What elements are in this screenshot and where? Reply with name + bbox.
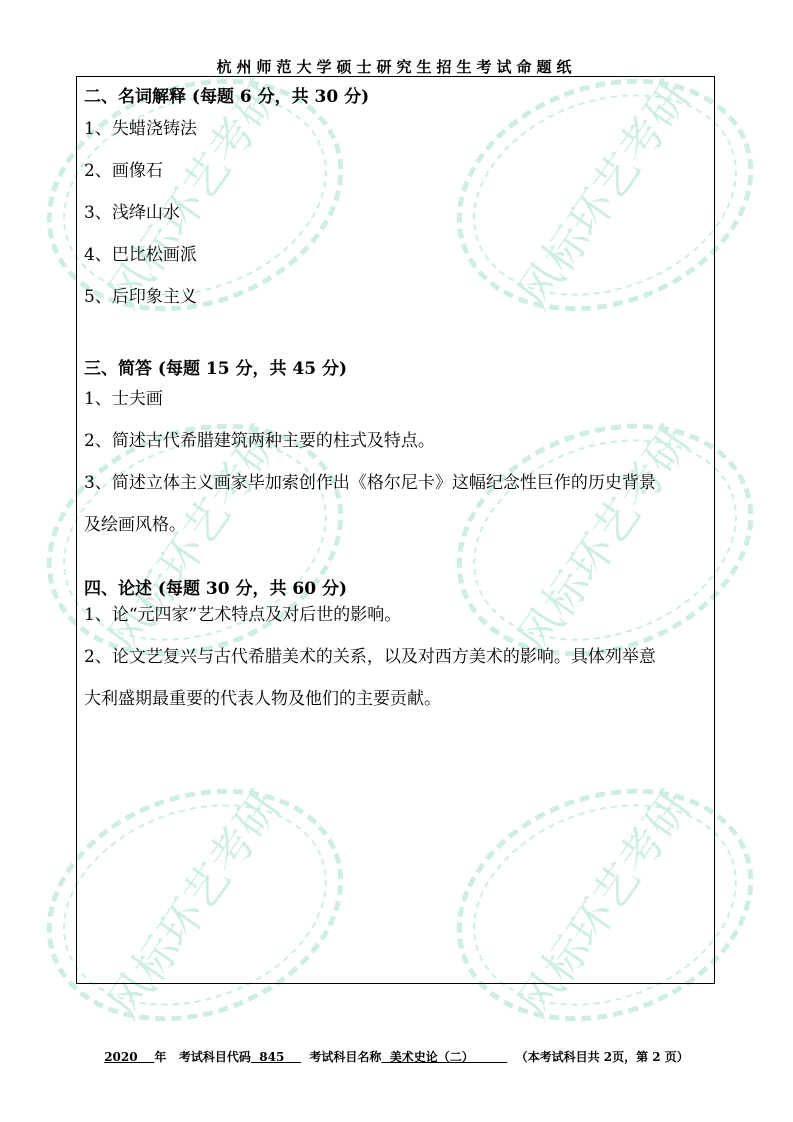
question-item: 3、简述立体主义画家毕加索创作出《格尔尼卡》这幅纪念性巨作的历史背景	[84, 470, 712, 512]
question-item: 2、画像石	[84, 158, 712, 200]
page-footer: 2020 年 考试科目代码 845 考试科目名称 美术史论（二） （本考试科目共…	[0, 1048, 793, 1065]
exam-year: 2020	[104, 1050, 137, 1064]
question-item: 2、简述古代希腊建筑两种主要的柱式及特点。	[84, 428, 712, 470]
subject-code: 845	[259, 1050, 284, 1064]
section-title: 三、简答 (每题 15 分，共 45 分)	[84, 356, 712, 382]
section-title: 二、名词解释 (每题 6 分，共 30 分)	[84, 84, 712, 110]
subject-name-label: 考试科目名称	[309, 1050, 381, 1064]
section-title: 四、论述 (每题 30 分，共 60 分)	[84, 576, 712, 602]
page-header-title: 杭州师范大学硕士研究生招生考试命题纸	[0, 56, 793, 77]
section-essay: 四、论述 (每题 30 分，共 60 分) 1、论“元四家”艺术特点及对后世的影…	[84, 576, 712, 728]
question-item: 3、浅绛山水	[84, 200, 712, 242]
question-item: 1、失蜡浇铸法	[84, 116, 712, 158]
question-item-continuation: 大利盛期最重要的代表人物及他们的主要贡献。	[84, 686, 712, 728]
question-item: 4、巴比松画派	[84, 242, 712, 284]
question-content: 二、名词解释 (每题 6 分，共 30 分) 1、失蜡浇铸法 2、画像石 3、浅…	[84, 84, 712, 728]
page-count: （本考试科目共 2页，第 2 页）	[516, 1050, 689, 1064]
subject-name: 美术史论（二）	[390, 1050, 474, 1064]
question-item: 1、论“元四家”艺术特点及对后世的影响。	[84, 602, 712, 644]
section-noun-explanation: 二、名词解释 (每题 6 分，共 30 分) 1、失蜡浇铸法 2、画像石 3、浅…	[84, 84, 712, 326]
question-item: 5、后印象主义	[84, 284, 712, 326]
subject-code-label: 考试科目代码	[179, 1050, 251, 1064]
section-short-answer: 三、简答 (每题 15 分，共 45 分) 1、士夫画 2、简述古代希腊建筑两种…	[84, 356, 712, 554]
year-label: 年	[154, 1050, 166, 1064]
question-item-continuation: 及绘画风格。	[84, 512, 712, 554]
question-item: 1、士夫画	[84, 386, 712, 428]
question-item: 2、论文艺复兴与古代希腊美术的关系，以及对西方美术的影响。具体列举意	[84, 644, 712, 686]
